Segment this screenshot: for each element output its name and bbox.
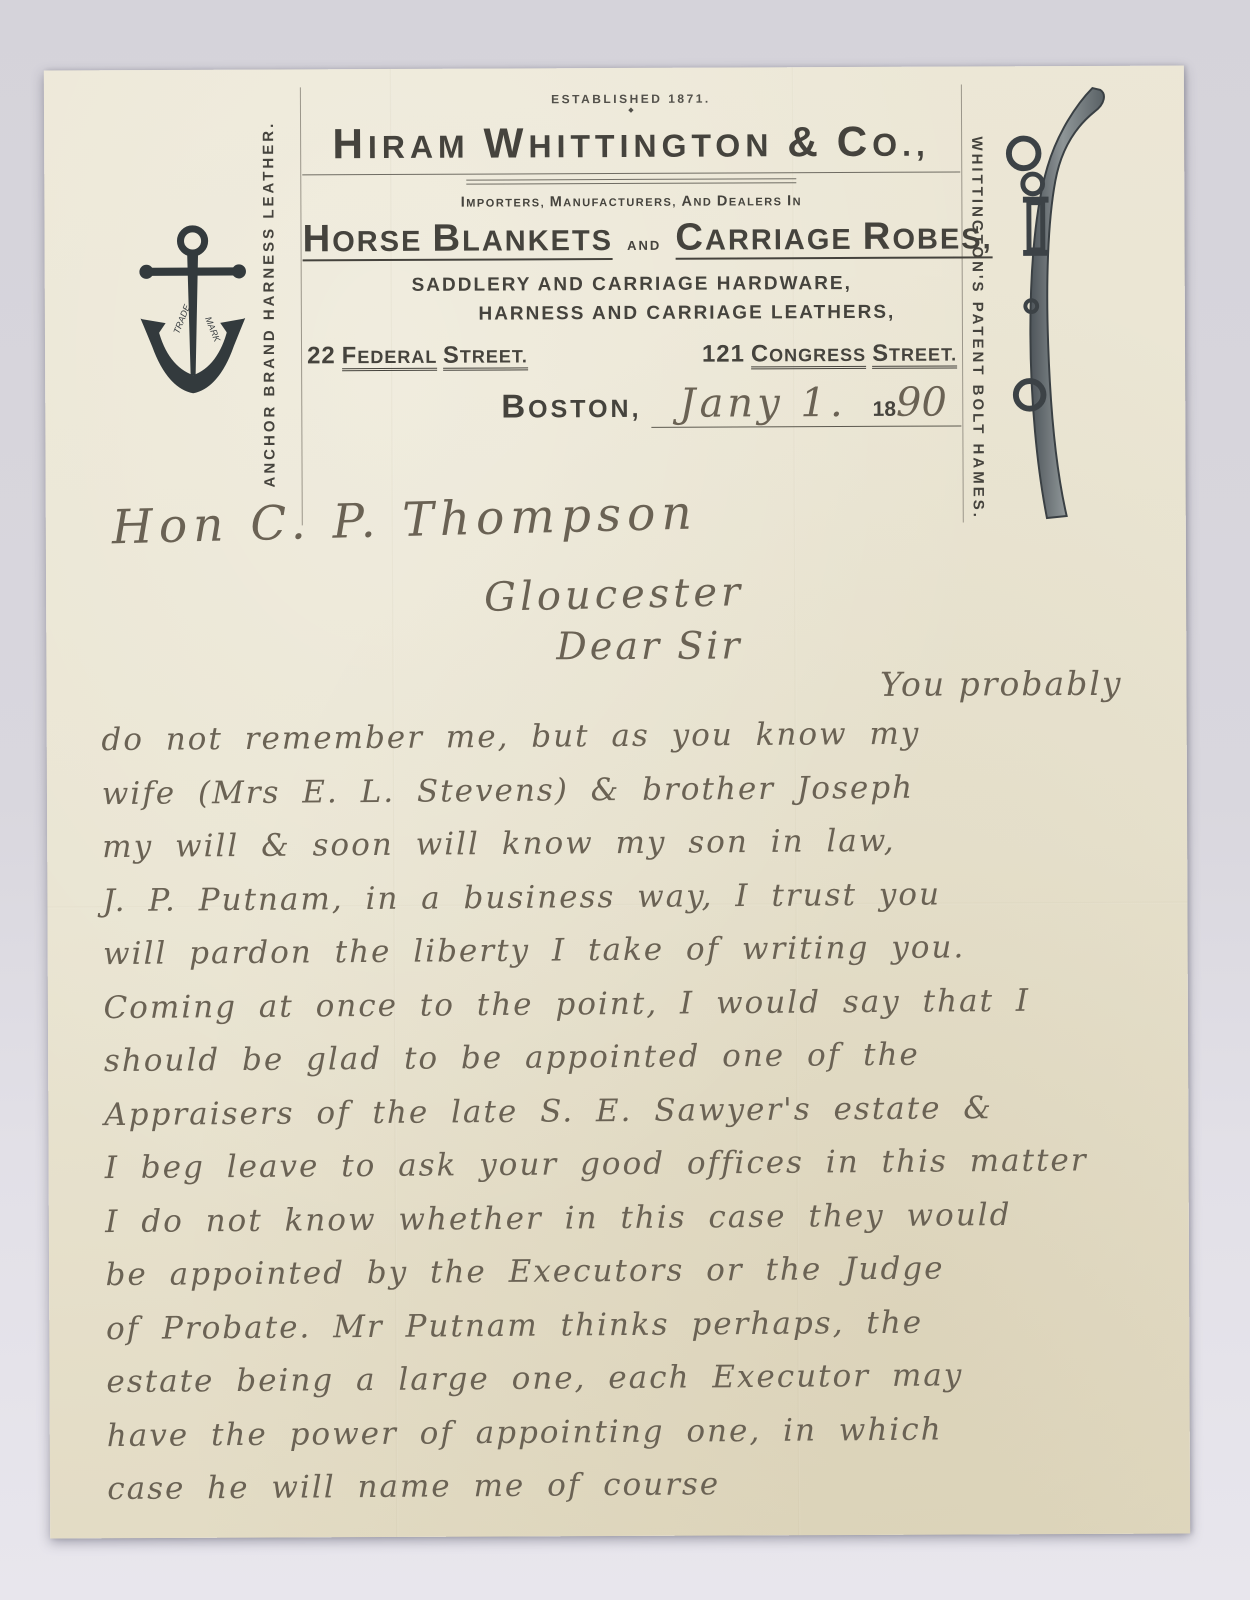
recipient-line: Hon C. P. Thompson xyxy=(111,486,698,556)
diamond-ornament-icon: ◆ xyxy=(302,104,960,116)
address-right-street-name: CONGRESS xyxy=(751,345,866,370)
bolt-hame-illustration xyxy=(990,82,1130,525)
anchor-trademark-icon: TRADE MARK xyxy=(130,222,255,409)
city-label: BOSTON, xyxy=(501,387,641,426)
company-underline xyxy=(302,171,960,175)
product-line-harness: HARNESS AND CARRIAGE LEATHERS, xyxy=(303,301,961,326)
handwritten-year: 90 xyxy=(896,380,947,426)
body-line: You probably xyxy=(880,664,1123,704)
product-horse-blankets: HORSE BLANKETS xyxy=(302,225,613,261)
address-right-street-word: STREET. xyxy=(872,345,957,369)
salutation-line: Dear Sir xyxy=(556,623,742,668)
dealers-line: IMPORTERS, MANUFACTURERS, AND DEALERS IN xyxy=(302,192,960,211)
address-left-street-name: FEDERAL xyxy=(342,347,437,371)
body-line: I do not know whether in this case they … xyxy=(105,1195,1163,1257)
sidebar-patent-bolt-hames-text: WHITTINGTON'S PATENT BOLT HAMES. xyxy=(968,136,987,486)
body-line: case he will name me of course xyxy=(107,1463,1165,1525)
body-line: should be glad to be appointed one of th… xyxy=(104,1035,1162,1097)
address-right-number: 121 xyxy=(702,340,745,367)
trade-mark-text-mark: MARK xyxy=(203,315,223,344)
body-line: J. P. Putnam, in a business way, I trust… xyxy=(103,874,1161,936)
products-main-line: HORSE BLANKETS AND CARRIAGE ROBES, xyxy=(302,214,960,261)
city-date-line: BOSTON, Jany 1. 18 90 xyxy=(303,379,961,429)
body-line: of Probate. Mr Putnam thinks perhaps, th… xyxy=(106,1302,1164,1364)
letter-paper: ANCHOR BRAND HARNESS LEATHER. TRADE MARK… xyxy=(44,66,1190,1539)
body-line: Appraisers of the late S. E. Sawyer's es… xyxy=(104,1088,1162,1150)
letter-body: do not remember me, but as you know my w… xyxy=(101,714,1165,1525)
recipient-city-line: Gloucester xyxy=(484,569,745,621)
product-and: AND xyxy=(623,238,665,253)
body-line: do not remember me, but as you know my xyxy=(101,714,1159,776)
body-line: have the power of appointing one, in whi… xyxy=(107,1409,1165,1471)
date-writing-line: Jany 1. 18 90 xyxy=(651,379,961,427)
body-line: I beg leave to ask your good offices in … xyxy=(105,1142,1163,1204)
body-line: be appointed by the Executors or the Jud… xyxy=(105,1249,1163,1311)
address-row: 22 FEDERAL STREET. 121 CONGRESS STREET. xyxy=(303,339,961,370)
address-federal-street: 22 FEDERAL STREET. xyxy=(307,341,528,370)
printed-century: 18 xyxy=(873,398,896,422)
address-left-number: 22 xyxy=(307,342,336,369)
address-left-street-word: STREET. xyxy=(443,346,528,370)
body-line: Coming at once to the point, I would say… xyxy=(103,981,1161,1043)
address-congress-street: 121 CONGRESS STREET. xyxy=(702,340,957,369)
body-line: my will & soon will know my son in law, xyxy=(102,821,1160,883)
sidebar-anchor-brand-text: ANCHOR BRAND HARNESS LEATHER. xyxy=(260,157,278,487)
letterhead-right-rule xyxy=(961,84,964,522)
product-line-saddlery: SADDLERY AND CARRIAGE HARDWARE, xyxy=(303,272,961,297)
company-double-rule xyxy=(466,178,796,184)
product-carriage-robes: CARRIAGE ROBES, xyxy=(675,223,992,259)
body-line: estate being a large one, each Executor … xyxy=(106,1356,1164,1418)
letterhead-center: ESTABLISHED 1871. ◆ HIRAM WHITTINGTON & … xyxy=(302,90,961,429)
body-line: will pardon the liberty I take of writin… xyxy=(103,928,1161,990)
handwritten-date: Jany 1. xyxy=(679,380,846,427)
photo-background: ANCHOR BRAND HARNESS LEATHER. TRADE MARK… xyxy=(0,0,1250,1600)
body-line: wife (Mrs E. L. Stevens) & brother Josep… xyxy=(102,767,1160,829)
company-name: HIRAM WHITTINGTON & CO., xyxy=(302,117,960,168)
